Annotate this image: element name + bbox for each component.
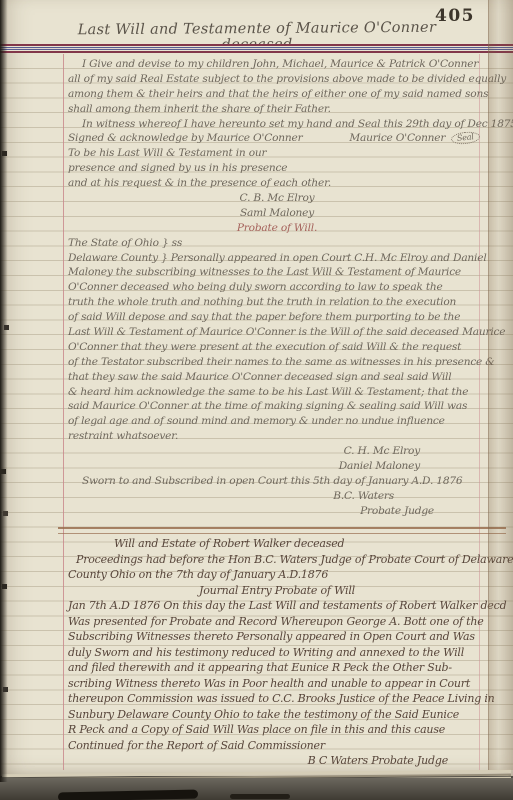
handwritten-text: of the Testator subscribed their names t… (68, 356, 495, 368)
handwritten-line: In witness whereof I have hereunto set m… (68, 117, 486, 132)
handwritten-line: Proceedings had before the Hon B.C. Wate… (68, 552, 486, 568)
handwritten-text: that they saw the said Maurice O'Conner … (68, 371, 451, 383)
handwritten-line: of the Testator subscribed their names t… (68, 355, 486, 370)
handwritten-text: Signed & acknowledge by Maurice O'Conner (68, 132, 302, 144)
handwritten-line: that they saw the said Maurice O'Conner … (68, 370, 486, 385)
handwritten-text: of said Will depose and say that the pap… (68, 311, 460, 323)
handwritten-line: Was presented for Probate and Record Whe… (68, 614, 486, 630)
handwritten-text: Probate of Will. (237, 222, 317, 234)
handwritten-line: Journal Entry Probate of Will (68, 583, 486, 599)
handwritten-line: among them & their heirs and that the he… (68, 87, 486, 102)
handwritten-line: and at his request & in the presence of … (68, 176, 486, 191)
handwritten-text: thereupon Commission was issued to C.C. … (68, 692, 495, 705)
handwritten-line: Daniel Maloney (68, 459, 486, 474)
desk-surface (0, 778, 513, 800)
shadow-smudge (230, 794, 290, 799)
handwritten-line: Maloney the subscribing witnesses to the… (68, 265, 486, 280)
handwritten-text: I Give and devise to my children John, M… (82, 58, 478, 70)
handwritten-text: duly Sworn and his testimony reduced to … (68, 646, 464, 659)
handwritten-line: duly Sworn and his testimony reduced to … (68, 645, 486, 661)
handwritten-text: Was presented for Probate and Record Whe… (68, 615, 484, 628)
scanned-ledger-photo: 405 Last Will and Testamente of Maurice … (0, 0, 513, 800)
handwritten-text: C. B. Mc Elroy (240, 192, 315, 204)
ledger-page: 405 Last Will and Testamente of Maurice … (0, 0, 513, 776)
handwritten-text: of legal age and of sound mind and memor… (68, 415, 445, 427)
walker-entry-text: Will and Estate of Robert Walker decease… (68, 536, 486, 769)
handwritten-text: Subscribing Witnesses thereto Personally… (68, 630, 475, 643)
handwritten-text: presence and signed by us in his presenc… (68, 162, 287, 174)
handwritten-text: Maloney the subscribing witnesses to the… (68, 266, 461, 278)
handwritten-line: Continued for the Report of Said Commiss… (68, 738, 486, 754)
handwritten-line: of legal age and of sound mind and memor… (68, 414, 486, 429)
handwritten-line: I Give and devise to my children John, M… (68, 57, 486, 72)
handwritten-line: restraint whatsoever. (68, 429, 486, 444)
handwritten-text: scribing Witness thereto Was in Poor hea… (68, 677, 470, 690)
handwritten-line: Subscribing Witnesses thereto Personally… (68, 629, 486, 645)
handwritten-line: presence and signed by us in his presenc… (68, 161, 486, 176)
handwritten-line: Sworn to and Subscribed in open Court th… (68, 474, 486, 489)
handwritten-line: C. B. Mc Elroy (68, 191, 486, 206)
adjacent-page-edge (488, 0, 513, 770)
handwritten-text: The State of Ohio } ss (68, 237, 182, 249)
section-divider-line (58, 527, 506, 534)
handwritten-line: The State of Ohio } ss (68, 236, 486, 251)
handwritten-text: among them & their heirs and that the he… (68, 88, 488, 100)
handwritten-text: Probate Judge (360, 505, 434, 517)
handwritten-line: shall among them inherit the share of th… (68, 102, 486, 117)
handwritten-line: R Peck and a Copy of Said Will Was place… (68, 722, 486, 738)
handwritten-text: Journal Entry Probate of Will (199, 584, 355, 597)
handwritten-text: O'Conner that they were present at the e… (68, 341, 461, 353)
left-margin-line (63, 54, 64, 770)
handwritten-text: Sworn to and Subscribed in open Court th… (82, 475, 462, 487)
handwritten-text: all of my said Real Estate subject to th… (68, 73, 506, 85)
handwritten-line: Last Will & Testament of Maurice O'Conne… (68, 325, 486, 340)
handwritten-line: & heard him acknowledge the same to be h… (68, 385, 486, 400)
handwritten-text: C. H. Mc Elroy (344, 445, 420, 457)
will-entry-text: I Give and devise to my children John, M… (68, 57, 486, 519)
handwritten-line: B C Waters Probate Judge (68, 753, 486, 769)
handwritten-line: C. H. Mc Elroy (68, 444, 486, 459)
handwritten-line: Jan 7th A.D 1876 On this day the Last Wi… (68, 598, 486, 614)
handwritten-text: Jan 7th A.D 1876 On this day the Last Wi… (68, 599, 506, 612)
handwritten-line: said Maurice O'Conner at the time of mak… (68, 399, 486, 414)
handwritten-text: Continued for the Report of Said Commiss… (68, 739, 325, 752)
handwritten-text: said Maurice O'Conner at the time of mak… (68, 400, 467, 412)
handwritten-text: Sunbury Delaware County Ohio to take the… (68, 708, 459, 721)
handwritten-line: Saml Maloney (68, 206, 486, 221)
handwritten-text: County Ohio on the 7th day of January A.… (68, 568, 328, 581)
header-rule (0, 44, 513, 53)
handwritten-line: and filed therewith and it appearing tha… (68, 660, 486, 676)
handwritten-text: In witness whereof I have hereunto set m… (82, 118, 513, 130)
handwritten-text: B.C. Waters (333, 490, 394, 502)
handwritten-line: thereupon Commission was issued to C.C. … (68, 691, 486, 707)
handwritten-line: County Ohio on the 7th day of January A.… (68, 567, 486, 583)
handwritten-text: Daniel Maloney (339, 460, 420, 472)
handwritten-text: Delaware County } Personally appeared in… (68, 252, 487, 264)
handwritten-text: shall among them inherit the share of th… (68, 103, 331, 115)
handwritten-line: O'Conner that they were present at the e… (68, 340, 486, 355)
handwritten-text: and at his request & in the presence of … (68, 177, 331, 189)
handwritten-text: truth the whole truth and nothing but th… (68, 296, 456, 308)
handwritten-line: Sunbury Delaware County Ohio to take the… (68, 707, 486, 723)
handwritten-text: Last Will & Testament of Maurice O'Conne… (68, 326, 505, 338)
handwritten-line: Will and Estate of Robert Walker decease… (68, 536, 486, 552)
handwritten-line: B.C. Waters (68, 489, 486, 504)
handwritten-text: Saml Maloney (240, 207, 314, 219)
handwritten-line: Probate Judge (68, 504, 486, 519)
handwritten-line: Delaware County } Personally appeared in… (68, 251, 486, 266)
handwritten-line: Probate of Will. (68, 221, 486, 236)
book-binding-edge (0, 0, 8, 782)
handwritten-line: scribing Witness thereto Was in Poor hea… (68, 676, 486, 692)
seal-stamp: Seal (451, 131, 481, 146)
handwritten-line: of said Will depose and say that the pap… (68, 310, 486, 325)
handwritten-text-right: Maurice O'ConnerSeal (349, 131, 480, 146)
handwritten-text: & heard him acknowledge the same to be h… (68, 386, 468, 398)
handwritten-text: O'Conner deceased who being duly sworn a… (68, 281, 443, 293)
handwritten-line: Signed & acknowledge by Maurice O'Conner… (68, 131, 486, 146)
handwritten-text: restraint whatsoever. (68, 430, 178, 442)
handwritten-line: truth the whole truth and nothing but th… (68, 295, 486, 310)
handwritten-text: To be his Last Will & Testament in our (68, 147, 266, 159)
handwritten-line: all of my said Real Estate subject to th… (68, 72, 486, 87)
ink-specks (2, 0, 5, 3)
handwritten-text: and filed therewith and it appearing tha… (68, 661, 452, 674)
handwritten-text: B C Waters Probate Judge (308, 754, 448, 767)
handwritten-text: Proceedings had before the Hon B.C. Wate… (76, 553, 513, 566)
shadow-smudge (58, 790, 198, 800)
handwritten-text: Will and Estate of Robert Walker decease… (114, 537, 344, 550)
handwritten-line: To be his Last Will & Testament in our (68, 146, 486, 161)
handwritten-text: R Peck and a Copy of Said Will Was place… (68, 723, 445, 736)
handwritten-line: O'Conner deceased who being duly sworn a… (68, 280, 486, 295)
